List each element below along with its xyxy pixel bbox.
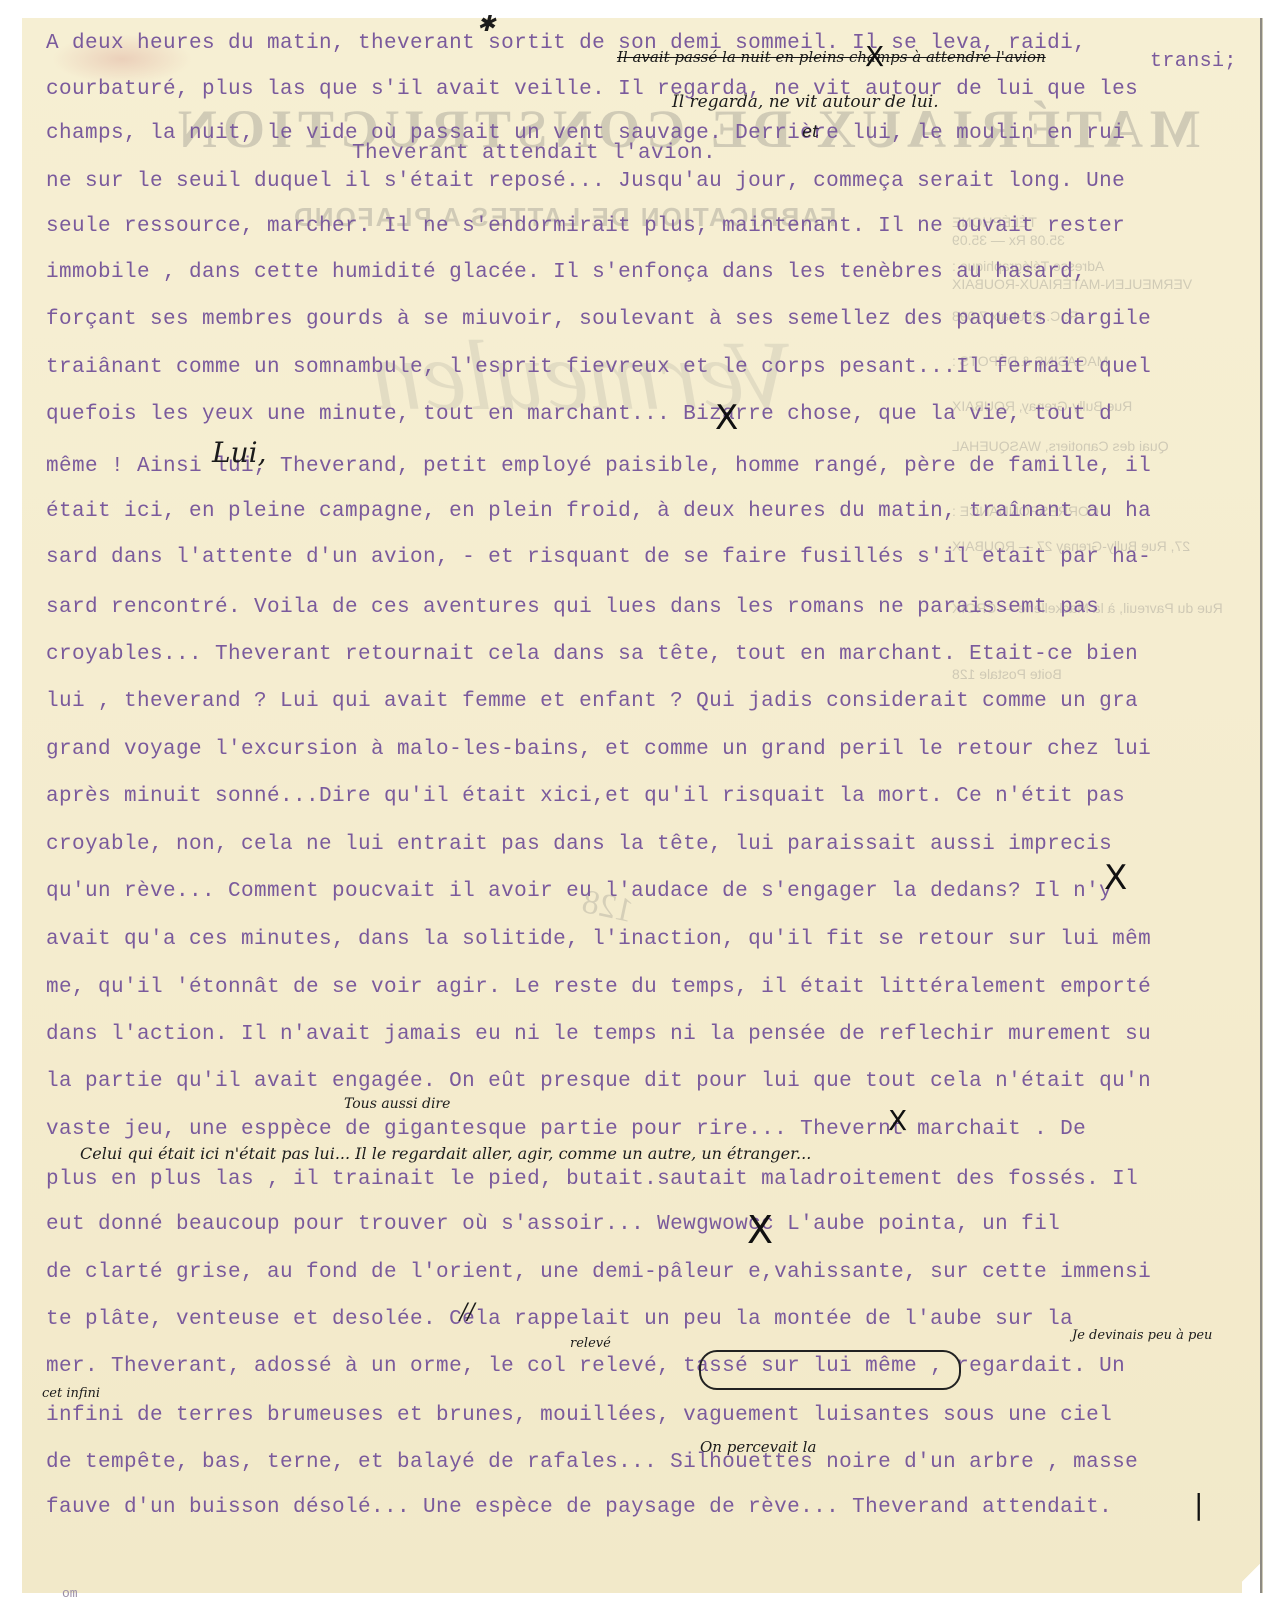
typed-line: la partie qu'il avait engagée. On eût pr… — [46, 1070, 1151, 1093]
typed-transi: transi; — [1150, 50, 1237, 73]
x-mark: X — [1104, 858, 1127, 898]
typed-line-insert: Theverant attendait l'avion. — [352, 142, 716, 165]
typed-line: quefois les yeux une minute, tout en mar… — [46, 403, 1112, 426]
handwritten-releve: relevé — [570, 1336, 611, 1351]
handwritten-on-percevait: On percevait la — [700, 1438, 816, 1456]
x-mark: X — [865, 40, 884, 73]
typed-line: ne sur le seuil duquel il s'était reposé… — [46, 170, 1125, 193]
x-mark: X — [715, 398, 738, 438]
typed-line: seule ressource, marcher. Il ne s'endorm… — [46, 215, 1125, 238]
typed-line: était ici, en pleine campagne, en plein … — [46, 500, 1151, 523]
typed-line: croyable, non, cela ne lui entrait pas d… — [46, 833, 1112, 856]
typed-line: me, qu'il 'étonnât de se voir agir. Le r… — [46, 976, 1151, 999]
circled-phrase — [699, 1350, 961, 1390]
page-footer: om — [62, 1586, 78, 1601]
typed-line: infini de terres brumeuses et brunes, mo… — [46, 1404, 1112, 1427]
typed-line: forçant ses membres gourds à se miuvoir,… — [46, 308, 1151, 331]
typed-line: sard rencontré. Voila de ces aventures q… — [46, 596, 1099, 619]
handwritten-et: et — [802, 122, 819, 142]
x-mark: X — [888, 1104, 907, 1137]
typed-line: immobile , dans cette humidité glacée. I… — [46, 261, 1086, 284]
typed-line: vaste jeu, une esppèce de gigantesque pa… — [46, 1118, 1086, 1141]
paragraph-mark: // — [460, 1300, 475, 1325]
handwritten-long-insert: Celui qui était ici n'était pas lui... I… — [80, 1144, 811, 1163]
handwritten-tous-aussi-dire: Tous aussi dire — [344, 1096, 450, 1112]
handwritten-insert-crossed: Il avait passé la nuit en pleins champs … — [617, 48, 1046, 66]
x-mark: X — [747, 1208, 773, 1252]
typed-line: traiânant comme un somnambule, l'esprit … — [46, 356, 1151, 379]
end-mark: | — [1194, 1488, 1203, 1521]
letterhead-boite: Boite Postale 128 — [952, 666, 1062, 682]
typed-line: sard dans l'attente d'un avion, - et ris… — [46, 546, 1151, 569]
typed-line: de tempête, bas, terne, et balayé de raf… — [46, 1451, 1138, 1474]
handwritten-cet-infini: cet infini — [42, 1386, 100, 1401]
typed-line: dans l'action. Il n'avait jamais eu ni l… — [46, 1023, 1151, 1046]
typed-line: grand voyage l'excursion à malo-les-bain… — [46, 738, 1151, 761]
typed-line: avait qu'a ces minutes, dans la solitide… — [46, 928, 1151, 951]
typed-line: mer. Theverant, adossé à un orme, le col… — [46, 1355, 1125, 1378]
typed-line: te plâte, venteuse et desolée. Cela rapp… — [46, 1308, 1073, 1331]
typed-line: croyables... Theverant retournait cela d… — [46, 643, 1138, 666]
manuscript-page: MATÉRIAUX DE CONSTRUCTION FABRICATION DE… — [22, 18, 1262, 1593]
typed-line: courbaturé, plus las que s'il avait veil… — [46, 78, 1138, 101]
typed-line: de clarté grise, au fond de l'orient, un… — [46, 1261, 1151, 1284]
typed-line: lui , theverand ? Lui qui avait femme et… — [46, 690, 1138, 713]
ink-blot: ✱ — [477, 12, 495, 37]
handwritten-insert: Il regarda, ne vit autour de lui. — [672, 92, 939, 112]
typed-line: eut donné beaucoup pour trouver où s'ass… — [46, 1213, 1060, 1236]
typed-line: qu'un rève... Comment poucvait il avoir … — [46, 880, 1112, 903]
letterhead-depot2: Quai des Canotiers, WASQUEHAL — [952, 438, 1169, 454]
corner-fold — [1242, 1553, 1260, 1593]
typed-line: après minuit sonné...Dire qu'il était xi… — [46, 785, 1125, 808]
typed-line: fauve d'un buisson désolé... Une espèce … — [46, 1496, 1112, 1519]
handwritten-margin-note: Je devinais peu à peu — [1072, 1328, 1212, 1343]
typed-line: plus en plus las , il trainait le pied, … — [46, 1168, 1138, 1191]
handwritten-lui: Lui, — [212, 436, 266, 469]
